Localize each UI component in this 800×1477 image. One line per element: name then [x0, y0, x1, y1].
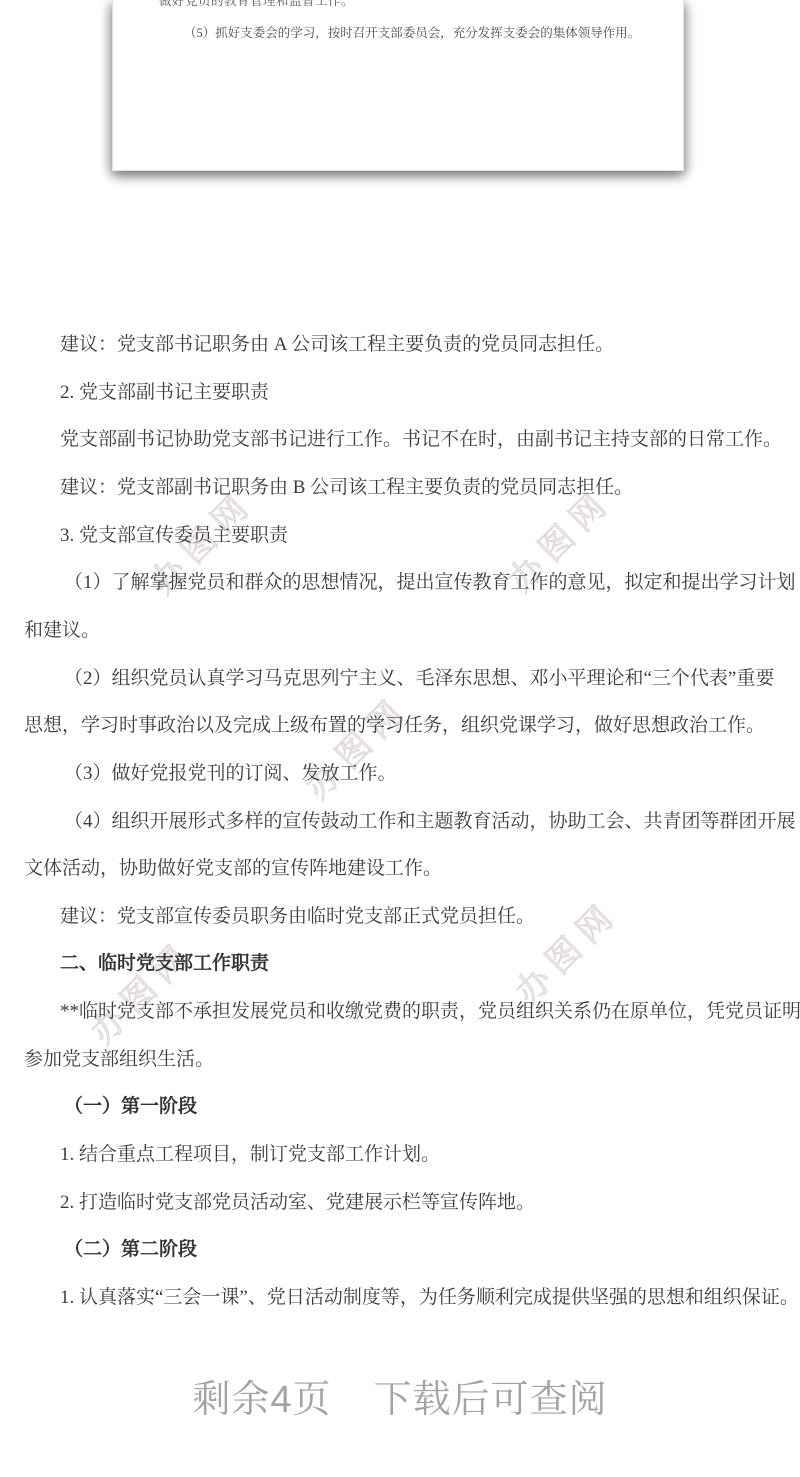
text-line: （3）做好党报党刊的订阅、发放工作。	[64, 760, 397, 788]
watermark-text: 办图网	[292, 682, 418, 808]
text-line: 和建议。	[24, 617, 100, 645]
text-line: 建议：党支部宣传委员职务由临时党支部正式党员担任。	[60, 903, 535, 931]
text-line: 3. 党支部宣传委员主要职责	[60, 522, 288, 550]
text-line: （1）了解掌握党员和群众的思想情况，提出宣传教育工作的意见，拟定和提出学习计划	[64, 569, 796, 597]
text-line: 文体活动，协助做好党支部的宣传阵地建设工作。	[24, 855, 442, 883]
text-line: **临时党支部不承担发展党员和收缴党费的职责，党员组织关系仍在原单位，凭党员证明	[60, 998, 800, 1026]
text-line: 1. 认真落实“三会一课”、党日活动制度等，为任务顺利完成提供坚强的思想和组织保…	[60, 1284, 799, 1312]
text-line: 1. 结合重点工程项目，制订党支部工作计划。	[60, 1141, 440, 1169]
text-line: 建议：党支部书记职务由 A 公司该工程主要负责的党员同志担任。	[60, 331, 614, 359]
text-line: 党支部副书记协助党支部书记进行工作。书记不在时，由副书记主持支部的日常工作。	[60, 426, 782, 454]
text-line: （2）组织党员认真学习马克思列宁主义、毛泽东思想、邓小平理论和“三个代表”重要	[64, 665, 774, 693]
text-line: 二、临时党支部工作职责	[60, 950, 269, 978]
text-line: （二）第二阶段	[64, 1236, 197, 1264]
text-line: 2. 打造临时党支部党员活动室、党建展示栏等宣传阵地。	[60, 1189, 535, 1217]
text-line: 参加党支部组织生活。	[24, 1046, 214, 1074]
text-line: （一）第一阶段	[64, 1093, 197, 1121]
text-line: 2. 党支部副书记主要职责	[60, 379, 269, 407]
watermark-text: 办图网	[77, 927, 203, 1053]
remaining-pages-notice: 剩余4页下载后可查阅	[0, 1368, 800, 1423]
download-hint: 下载后可查阅	[374, 1379, 608, 1421]
remaining-pages-count: 剩余4页	[192, 1379, 331, 1421]
text-line: （5）抓好支委会的学习，按时召开支部委员会，充分发挥支委会的集体领导作用。	[184, 23, 640, 41]
text-line: 思想，学习时事政治以及完成上级布置的学习任务，组织党课学习，做好思想政治工作。	[24, 712, 765, 740]
clipped-text-line: 做好党员的教育管理和监督工作。	[159, 0, 354, 9]
document-page-card: 做好党员的教育管理和监督工作。 （5）抓好支委会的学习，按时召开支部委员会，充分…	[112, 0, 684, 171]
text-line: （4）组织开展形式多样的宣传鼓动工作和主题教育活动，协助工会、共青团等群团开展	[64, 808, 796, 836]
text-line: 建议：党支部副书记职务由 B 公司该工程主要负责的党员同志担任。	[60, 474, 633, 502]
document-preview-page: { "preview_card": { "clipped_line": "做好党…	[0, 0, 800, 1477]
